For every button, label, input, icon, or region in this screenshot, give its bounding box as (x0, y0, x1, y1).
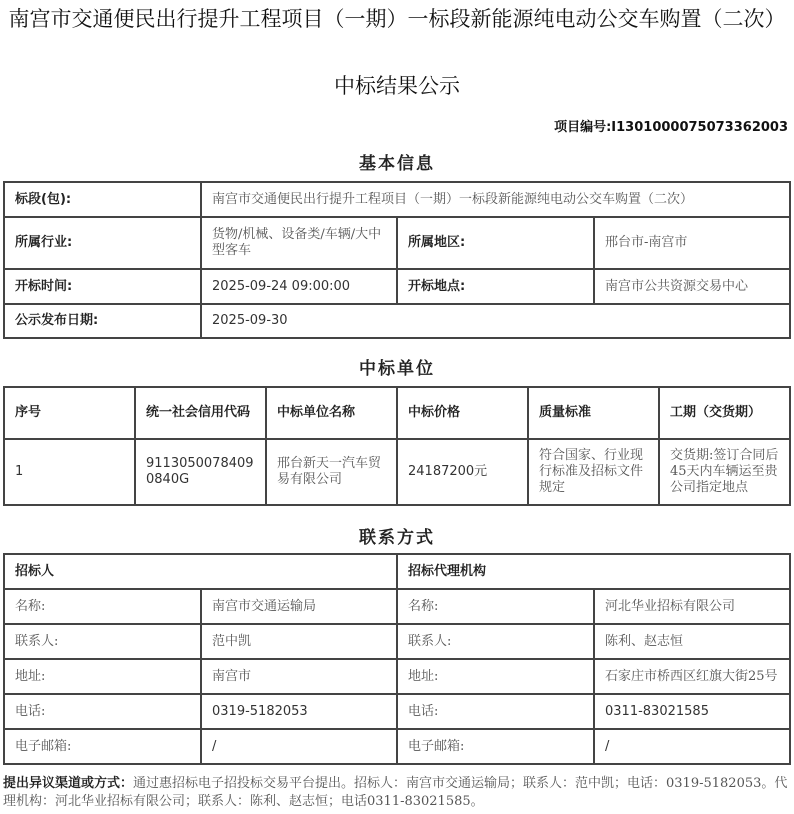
section-title-basic-info: 基本信息 (0, 149, 794, 174)
winner-credit-code: 91130500784090840G (135, 439, 266, 505)
contact-table: 招标人 招标代理机构 名称: 南宫市交通运输局 名称: 河北华业招标有限公司 联… (3, 553, 791, 765)
project-number-label: 项目编号: (554, 120, 611, 135)
column-header: 序号 (4, 387, 135, 439)
winner-table: 序号 统一社会信用代码 中标单位名称 中标价格 质量标准 工期（交货期） 1 9… (3, 386, 791, 506)
objection-label: 提出异议渠道或方式： (3, 776, 133, 791)
open-place-label: 开标地点: (397, 269, 594, 304)
column-header: 中标价格 (397, 387, 528, 439)
winner-index: 1 (4, 439, 135, 505)
winner-price: 24187200元 (397, 439, 528, 505)
objection-notice: 提出异议渠道或方式：通过惠招标电子招投标交易平台提出。招标人：南宫市交通运输局；… (3, 775, 789, 811)
publish-date-label: 公示发布日期: (4, 304, 201, 338)
page-subtitle: 中标结果公示 (0, 71, 794, 101)
industry-label: 所属行业: (4, 217, 201, 269)
table-row: 开标时间: 2025-09-24 09:00:00 开标地点: 南宫市公共资源交… (4, 269, 790, 304)
agency-contact-label: 联系人: (397, 624, 594, 659)
agency-email-label: 电子邮箱: (397, 729, 594, 764)
table-row: 地址: 南宫市 地址: 石家庄市桥西区红旗大街25号 (4, 659, 790, 694)
agency-contact-value: 陈利、赵志恒 (594, 624, 790, 659)
open-time-label: 开标时间: (4, 269, 201, 304)
table-row: 名称: 南宫市交通运输局 名称: 河北华业招标有限公司 (4, 589, 790, 624)
open-time-value: 2025-09-24 09:00:00 (201, 269, 397, 304)
region-label: 所属地区: (397, 217, 594, 269)
section-title-winner: 中标单位 (0, 354, 794, 379)
page-title: 南宫市交通便民出行提升工程项目（一期）一标段新能源纯电动公交车购置（二次） (0, 4, 794, 34)
tenderer-address-label: 地址: (4, 659, 201, 694)
table-row: 公示发布日期: 2025-09-30 (4, 304, 790, 338)
project-number-value: I1301000075073362003 (611, 120, 788, 135)
table-header-row: 序号 统一社会信用代码 中标单位名称 中标价格 质量标准 工期（交货期） (4, 387, 790, 439)
tenderer-name-label: 名称: (4, 589, 201, 624)
industry-value: 货物/机械、设备类/车辆/大中型客车 (201, 217, 397, 269)
agency-phone-value: 0311-83021585 (594, 694, 790, 729)
agency-header: 招标代理机构 (397, 554, 790, 589)
project-number: 项目编号:I1301000075073362003 (554, 116, 788, 135)
column-header: 统一社会信用代码 (135, 387, 266, 439)
tenderer-phone-value: 0319-5182053 (201, 694, 397, 729)
tenderer-contact-label: 联系人: (4, 624, 201, 659)
agency-name-label: 名称: (397, 589, 594, 624)
agency-email-value: / (594, 729, 790, 764)
region-value: 邢台市-南宫市 (594, 217, 790, 269)
table-row: 所属行业: 货物/机械、设备类/车辆/大中型客车 所属地区: 邢台市-南宫市 (4, 217, 790, 269)
publish-date-value: 2025-09-30 (201, 304, 790, 338)
agency-address-value: 石家庄市桥西区红旗大街25号 (594, 659, 790, 694)
table-header-row: 招标人 招标代理机构 (4, 554, 790, 589)
agency-phone-label: 电话: (397, 694, 594, 729)
table-row: 1 91130500784090840G 邢台新天一汽车贸易有限公司 24187… (4, 439, 790, 505)
column-header: 工期（交货期） (659, 387, 790, 439)
table-row: 电子邮箱: / 电子邮箱: / (4, 729, 790, 764)
tenderer-email-label: 电子邮箱: (4, 729, 201, 764)
column-header: 中标单位名称 (266, 387, 397, 439)
table-row: 联系人: 范中凯 联系人: 陈利、赵志恒 (4, 624, 790, 659)
package-label: 标段(包): (4, 182, 201, 217)
tenderer-address-value: 南宫市 (201, 659, 397, 694)
winner-quality: 符合国家、行业现行标准及招标文件规定 (528, 439, 659, 505)
winner-name: 邢台新天一汽车贸易有限公司 (266, 439, 397, 505)
agency-address-label: 地址: (397, 659, 594, 694)
tenderer-name-value: 南宫市交通运输局 (201, 589, 397, 624)
open-place-value: 南宫市公共资源交易中心 (594, 269, 790, 304)
agency-name-value: 河北华业招标有限公司 (594, 589, 790, 624)
winner-period: 交货期:签订合同后45天内车辆运至贵公司指定地点 (659, 439, 790, 505)
section-title-contact: 联系方式 (0, 523, 794, 548)
table-row: 标段(包): 南宫市交通便民出行提升工程项目（一期）一标段新能源纯电动公交车购置… (4, 182, 790, 217)
basic-info-table: 标段(包): 南宫市交通便民出行提升工程项目（一期）一标段新能源纯电动公交车购置… (3, 181, 791, 339)
table-row: 电话: 0319-5182053 电话: 0311-83021585 (4, 694, 790, 729)
tenderer-phone-label: 电话: (4, 694, 201, 729)
tenderer-header: 招标人 (4, 554, 397, 589)
package-value: 南宫市交通便民出行提升工程项目（一期）一标段新能源纯电动公交车购置（二次） (201, 182, 790, 217)
tenderer-contact-value: 范中凯 (201, 624, 397, 659)
tenderer-email-value: / (201, 729, 397, 764)
column-header: 质量标准 (528, 387, 659, 439)
